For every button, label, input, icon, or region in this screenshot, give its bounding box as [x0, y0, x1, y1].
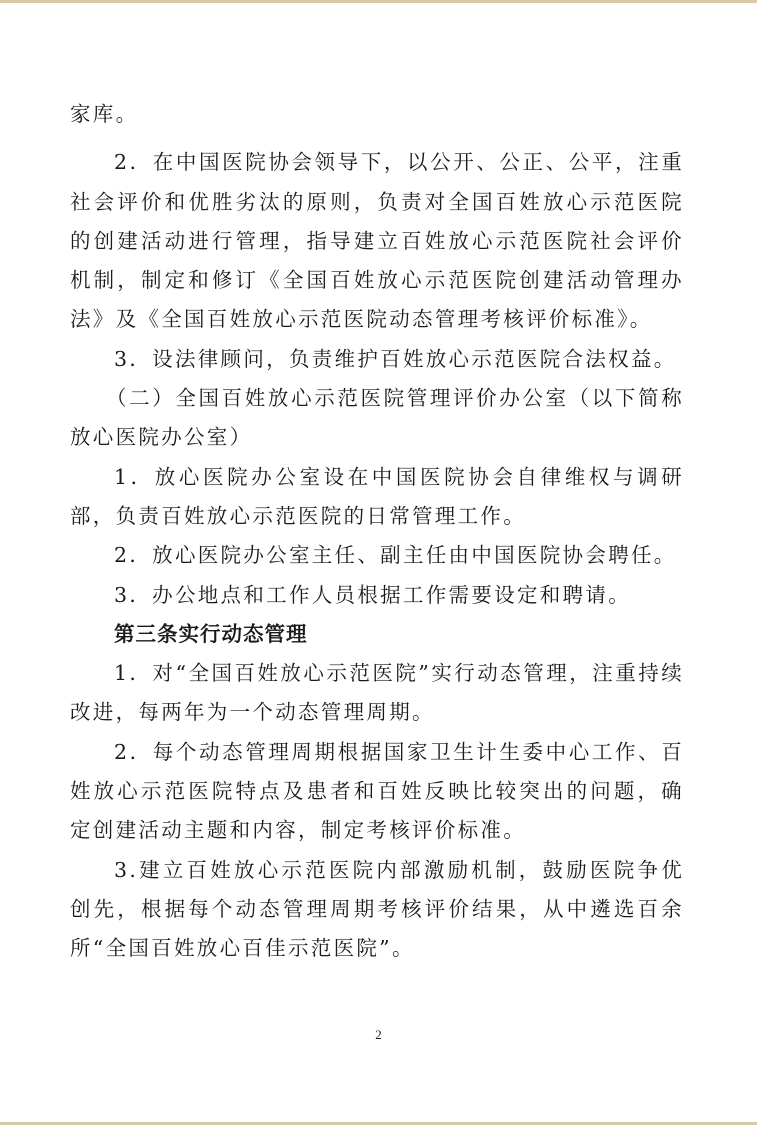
paragraph-article-item-2: 2．每个动态管理周期根据国家卫生计生委中心工作、百姓放心示范医院特点及患者和百姓…: [70, 733, 684, 851]
paragraph-item-3: 3．设法律顾问，负责维护百姓放心示范医院合法权益。: [70, 340, 684, 379]
page-number: 2: [0, 1027, 757, 1043]
paragraph-item-2: 2．在中国医院协会领导下，以公开、公正、公平，注重社会评价和优胜劣汰的原则，负责…: [70, 143, 684, 339]
document-body: 家库。 2．在中国医院协会领导下，以公开、公正、公平，注重社会评价和优胜劣汰的原…: [70, 95, 684, 969]
section-heading-office: （二）全国百姓放心示范医院管理评价办公室（以下简称放心医院办公室）: [70, 379, 684, 458]
page-border-top: [0, 0, 757, 3]
paragraph-office-item-1: 1．放心医院办公室设在中国医院协会自律维权与调研部，负责百姓放心示范医院的日常管…: [70, 458, 684, 537]
paragraph-continuation: 家库。: [70, 95, 684, 134]
paragraph-article-item-1: 1．对“全国百姓放心示范医院”实行动态管理，注重持续改进，每两年为一个动态管理周…: [70, 654, 684, 733]
paragraph-article-item-3: 3.建立百姓放心示范医院内部激励机制，鼓励医院争优创先，根据每个动态管理周期考核…: [70, 851, 684, 969]
article-heading: 第三条实行动态管理: [70, 615, 684, 654]
paragraph-office-item-3: 3．办公地点和工作人员根据工作需要设定和聘请。: [70, 576, 684, 615]
paragraph-office-item-2: 2．放心医院办公室主任、副主任由中国医院协会聘任。: [70, 536, 684, 575]
